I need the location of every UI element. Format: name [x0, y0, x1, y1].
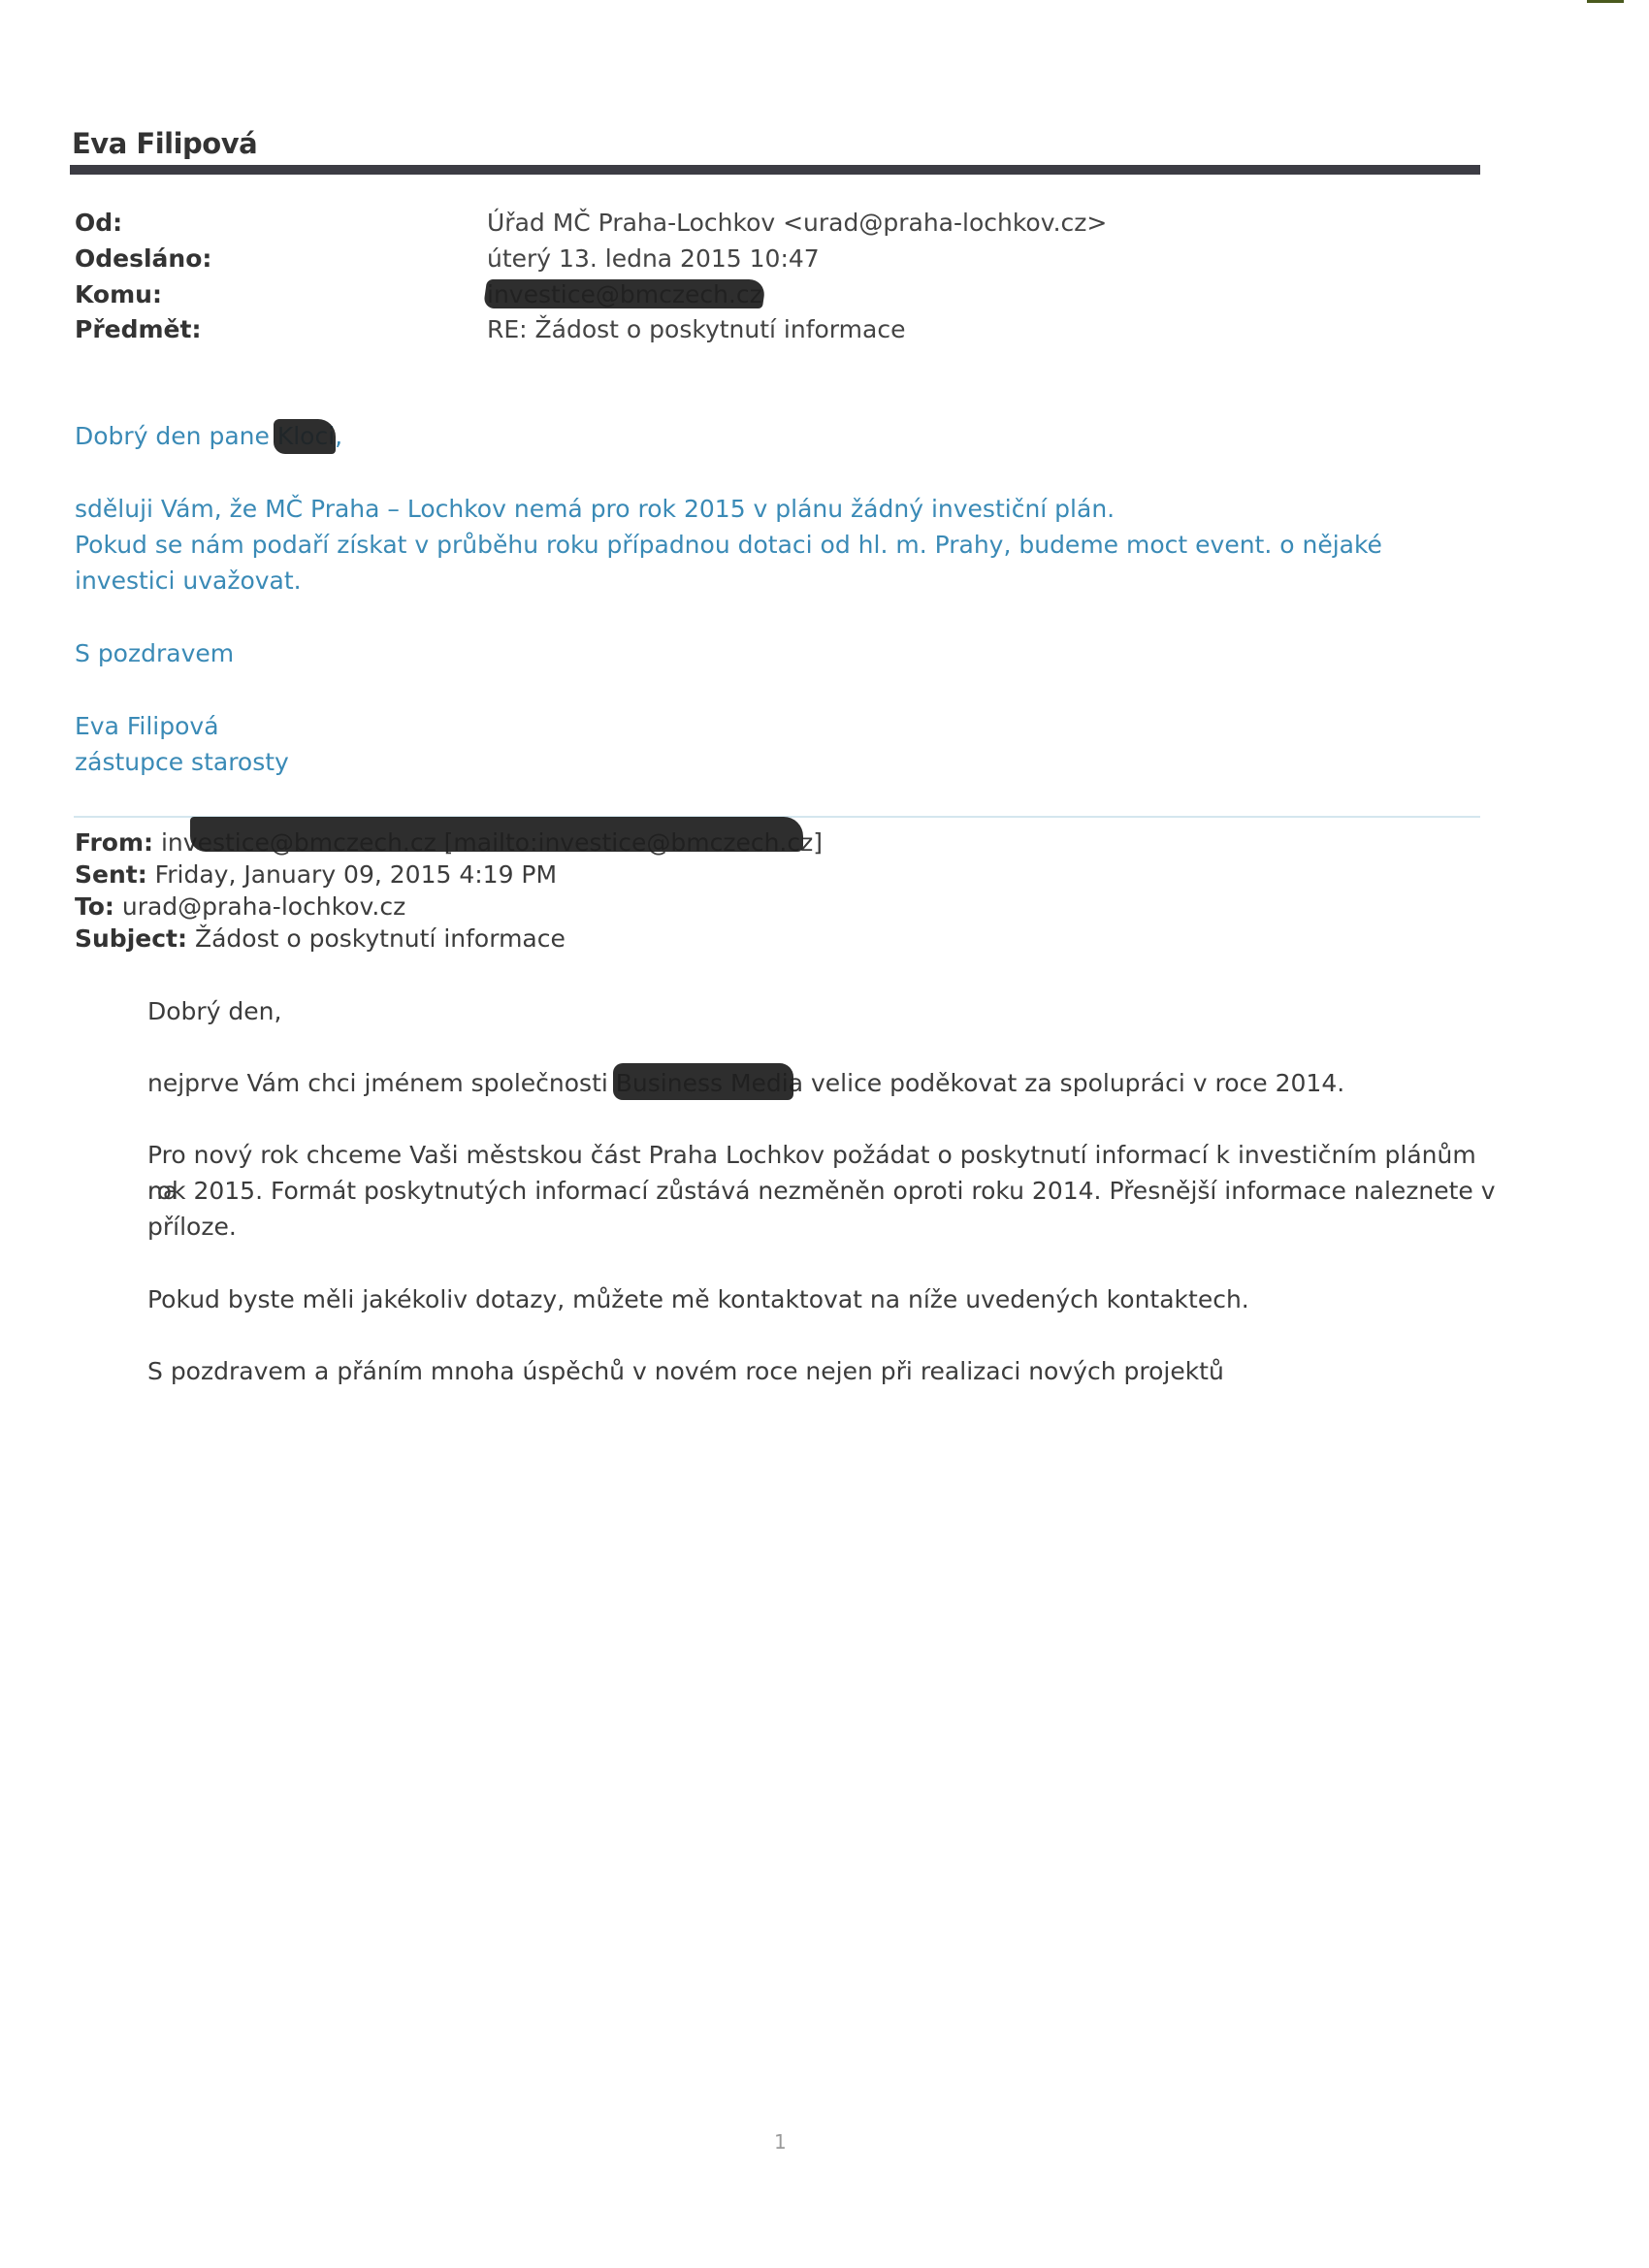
- scan-corner-mark: [1587, 0, 1624, 3]
- fwd-to-value: urad@praha-lochkov.cz: [122, 892, 405, 921]
- fwd-subject-label: Subject:: [75, 924, 187, 953]
- fwd-sent: Sent: Friday, January 09, 2015 4:19 PM: [75, 859, 557, 891]
- fwd-subject-value: Žádost o poskytnutí informace: [195, 924, 566, 953]
- redaction-mark: [483, 279, 766, 308]
- page-number: 1: [774, 2130, 787, 2154]
- reply-line: Pokud se nám podaří získat v průběhu rok…: [75, 527, 1382, 564]
- signature-role: zástupce starosty: [75, 744, 289, 781]
- body-line: příloze.: [147, 1209, 1505, 1245]
- fwd-sent-label: Sent:: [75, 860, 147, 889]
- header-label: Předmět:: [75, 312, 201, 347]
- reply-closing: S pozdravem: [75, 635, 234, 672]
- reply-line: investici uvažovat.: [75, 563, 302, 599]
- reply-line: sděluji Vám, že MČ Praha – Lochkov nemá …: [75, 491, 1115, 528]
- fwd-to: To: urad@praha-lochkov.cz: [75, 891, 405, 923]
- body-paragraph: S pozdravem a přáním mnoha úspěchů v nov…: [147, 1353, 1505, 1389]
- header-value-subject: RE: Žádost o poskytnutí informace: [487, 312, 905, 347]
- header-label: Od:: [75, 206, 122, 241]
- fwd-from-label: From:: [75, 828, 153, 857]
- header-value-from: Úřad MČ Praha-Lochkov <urad@praha-lochko…: [487, 206, 1107, 241]
- fwd-subject: Subject: Žádost o poskytnutí informace: [75, 923, 566, 955]
- header-label: Komu:: [75, 277, 162, 312]
- header-label: Odesláno:: [75, 242, 211, 276]
- signature-name: Eva Filipová: [75, 708, 219, 745]
- title-underline-bar: [70, 165, 1480, 175]
- body-line: rok 2015. Formát poskytnutých informací …: [147, 1173, 1505, 1209]
- body-greeting: Dobrý den,: [147, 993, 1505, 1029]
- body-paragraph: Pokud byste měli jakékoliv dotazy, můžet…: [147, 1281, 1505, 1317]
- body-paragraph: nejprve Vám chci jménem společnosti Busi…: [147, 1065, 1505, 1101]
- fwd-to-label: To:: [75, 892, 114, 921]
- fwd-sent-value: Friday, January 09, 2015 4:19 PM: [155, 860, 557, 889]
- redaction-mark: [613, 1063, 793, 1100]
- header-value-sent: úterý 13. ledna 2015 10:47: [487, 242, 820, 276]
- redaction-mark: [274, 419, 336, 454]
- document-title: Eva Filipová: [72, 127, 257, 160]
- redaction-mark: [190, 817, 803, 852]
